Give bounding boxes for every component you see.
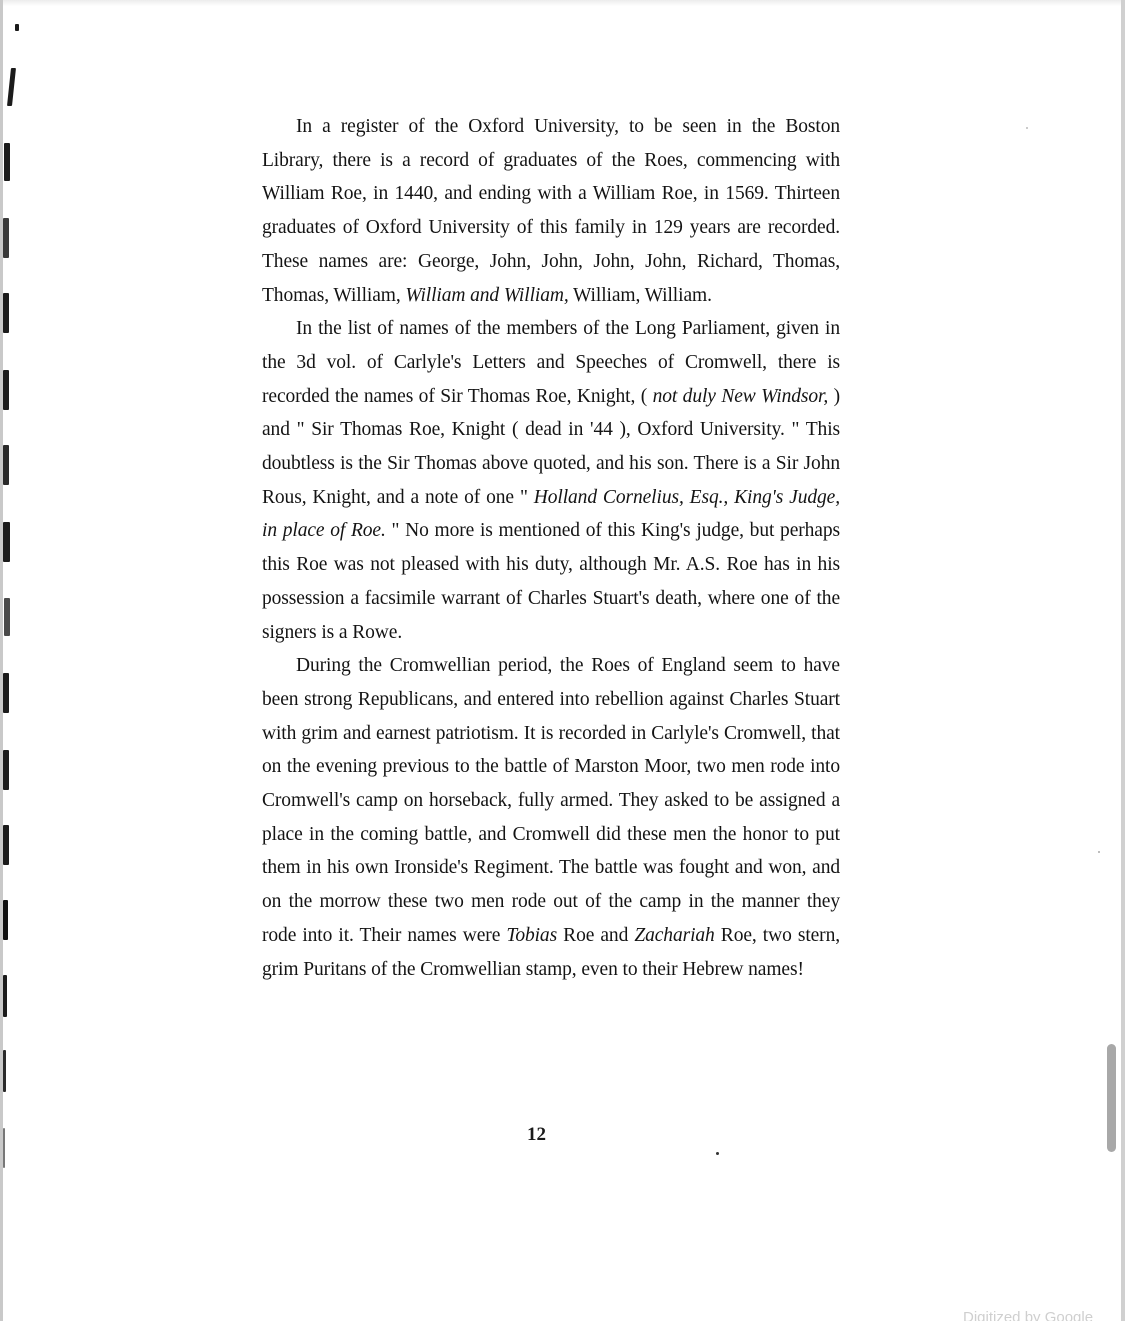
- text-run: Roe and: [557, 925, 634, 946]
- paragraph-cromwellian-period: During the Cromwellian period, the Roes …: [262, 649, 840, 986]
- page-content: In a register of the Oxford University, …: [262, 110, 840, 986]
- text-run: During the Cromwellian period, the Roes …: [262, 655, 840, 946]
- scrollbar-track[interactable]: [1121, 0, 1125, 1321]
- italic-text-run: not duly New Windsor,: [653, 386, 829, 407]
- text-run: In a register of the Oxford University, …: [262, 116, 840, 306]
- scan-speck: [716, 1152, 719, 1155]
- page-number: 12: [527, 1124, 546, 1146]
- viewer-top-edge: [0, 0, 1125, 6]
- italic-text-run: Zachariah: [634, 925, 714, 946]
- italic-text-run: Tobias: [506, 925, 557, 946]
- scrollbar-thumb[interactable]: [1107, 1044, 1116, 1152]
- text-run: William, William.: [569, 285, 712, 306]
- document-viewer: In a register of the Oxford University, …: [0, 0, 1125, 1321]
- digitized-watermark: Digitized by Google: [963, 1309, 1093, 1321]
- paragraph-oxford-register: In a register of the Oxford University, …: [262, 110, 840, 312]
- scan-speck: [1098, 851, 1100, 853]
- left-page-edge: [0, 0, 3, 1321]
- paragraph-long-parliament: In the list of names of the members of t…: [262, 312, 840, 649]
- italic-text-run: William and William,: [405, 285, 568, 306]
- scan-speck: [1026, 127, 1028, 129]
